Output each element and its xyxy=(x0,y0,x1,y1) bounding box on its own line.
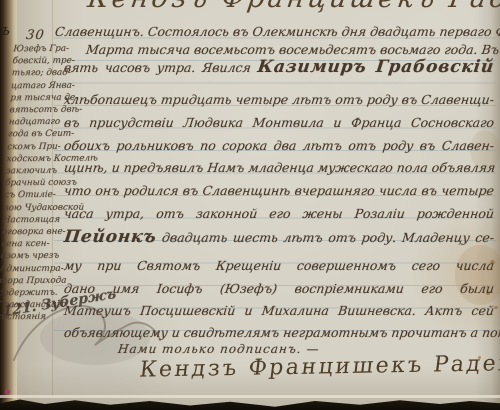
margin-annotation-line: ходскомъ Костелѣ xyxy=(6,153,71,166)
margin-annotation-line: цатаго Янва- xyxy=(11,79,76,92)
mother-maiden-name: Пейонкъ xyxy=(63,227,158,247)
record-text-line: му при Святомъ Крещеніи совершенномъ сег… xyxy=(63,258,495,273)
closing-phrase: Нами только подписанъ. — xyxy=(117,342,320,356)
record-text: двадцать шесть лѣтъ отъ роду. Младенцу с… xyxy=(161,230,495,245)
margin-annotation-line: года въ Сеит- xyxy=(8,128,73,141)
record-text-line: что онъ родился въ Славенщинѣ вчерашняго… xyxy=(63,183,495,198)
margin-annotation-line: скомъ При- xyxy=(7,140,72,153)
margin-annotation-line: заключилъ xyxy=(5,165,70,178)
margin-annotation-line: Настоящая xyxy=(2,214,67,227)
page-edge-highlight xyxy=(0,395,500,398)
ink-speck xyxy=(494,306,498,309)
record-number: 30 xyxy=(25,28,45,43)
record-text-line: часа утра, отъ законной его жены Розаліи… xyxy=(63,206,495,221)
record-text-line: объявляющему и свидѣтелямъ неграмотнымъ … xyxy=(63,325,495,340)
previous-record-signature-partial: Кендзъ Францишекъ Радецкій xyxy=(86,0,490,14)
record-text-line: Марта тысяча восемьсотъ восемьдесятъ вос… xyxy=(63,42,495,57)
record-text-line: хлѣбопашецъ тридцать четыре лѣтъ отъ род… xyxy=(63,92,495,107)
record-text-line: дано имя Іосифъ (Юзефъ) воспріемниками е… xyxy=(63,281,495,296)
margin-annotation-line: вою Чудаковской xyxy=(3,201,68,214)
manuscript-page: Ъ Кендзъ Францишекъ Радецкій 30 Юзефъ Гр… xyxy=(0,0,500,410)
record-text-line: щинѣ, и предъявилъ Намъ младенца мужеска… xyxy=(63,160,495,175)
margin-annotation-line: сена ксен- xyxy=(1,238,66,251)
margin-annotation-line: тора Прихода xyxy=(0,275,63,288)
binding-scribble: Ъ xyxy=(0,25,10,38)
record-text-line: Славенщинъ. Состоялось въ Олекминскѣ дня… xyxy=(54,24,495,39)
margin-annotation-line: дзомъ чрезъ xyxy=(0,250,65,263)
record-text: вять часовъ утра. Явился xyxy=(63,60,252,75)
paper-stain xyxy=(455,245,500,305)
record-text-line: Пейонкъ двадцать шесть лѣтъ отъ роду. Мл… xyxy=(63,230,495,245)
record-text-line: обоихъ рольниковъ по сорока два лѣтъ отъ… xyxy=(63,138,495,153)
margin-annotation-line: брачный союзъ xyxy=(5,177,70,190)
record-text-line: въ присудствіи Людвика Монтвила и Франца… xyxy=(63,115,495,130)
margin-annotation-line: Администра- xyxy=(0,262,64,275)
margin-annotation-line: оговорка вне- xyxy=(2,226,67,239)
father-name: Казимиръ Грабовскій xyxy=(256,57,495,77)
record-text-line: вять часовъ утра. Явился Казимиръ Грабов… xyxy=(63,60,495,75)
record-text-line: Матеушъ Посцишевскій и Михалина Вишневск… xyxy=(63,303,495,318)
margin-annotation-line: съ Отиліе- xyxy=(4,189,69,202)
